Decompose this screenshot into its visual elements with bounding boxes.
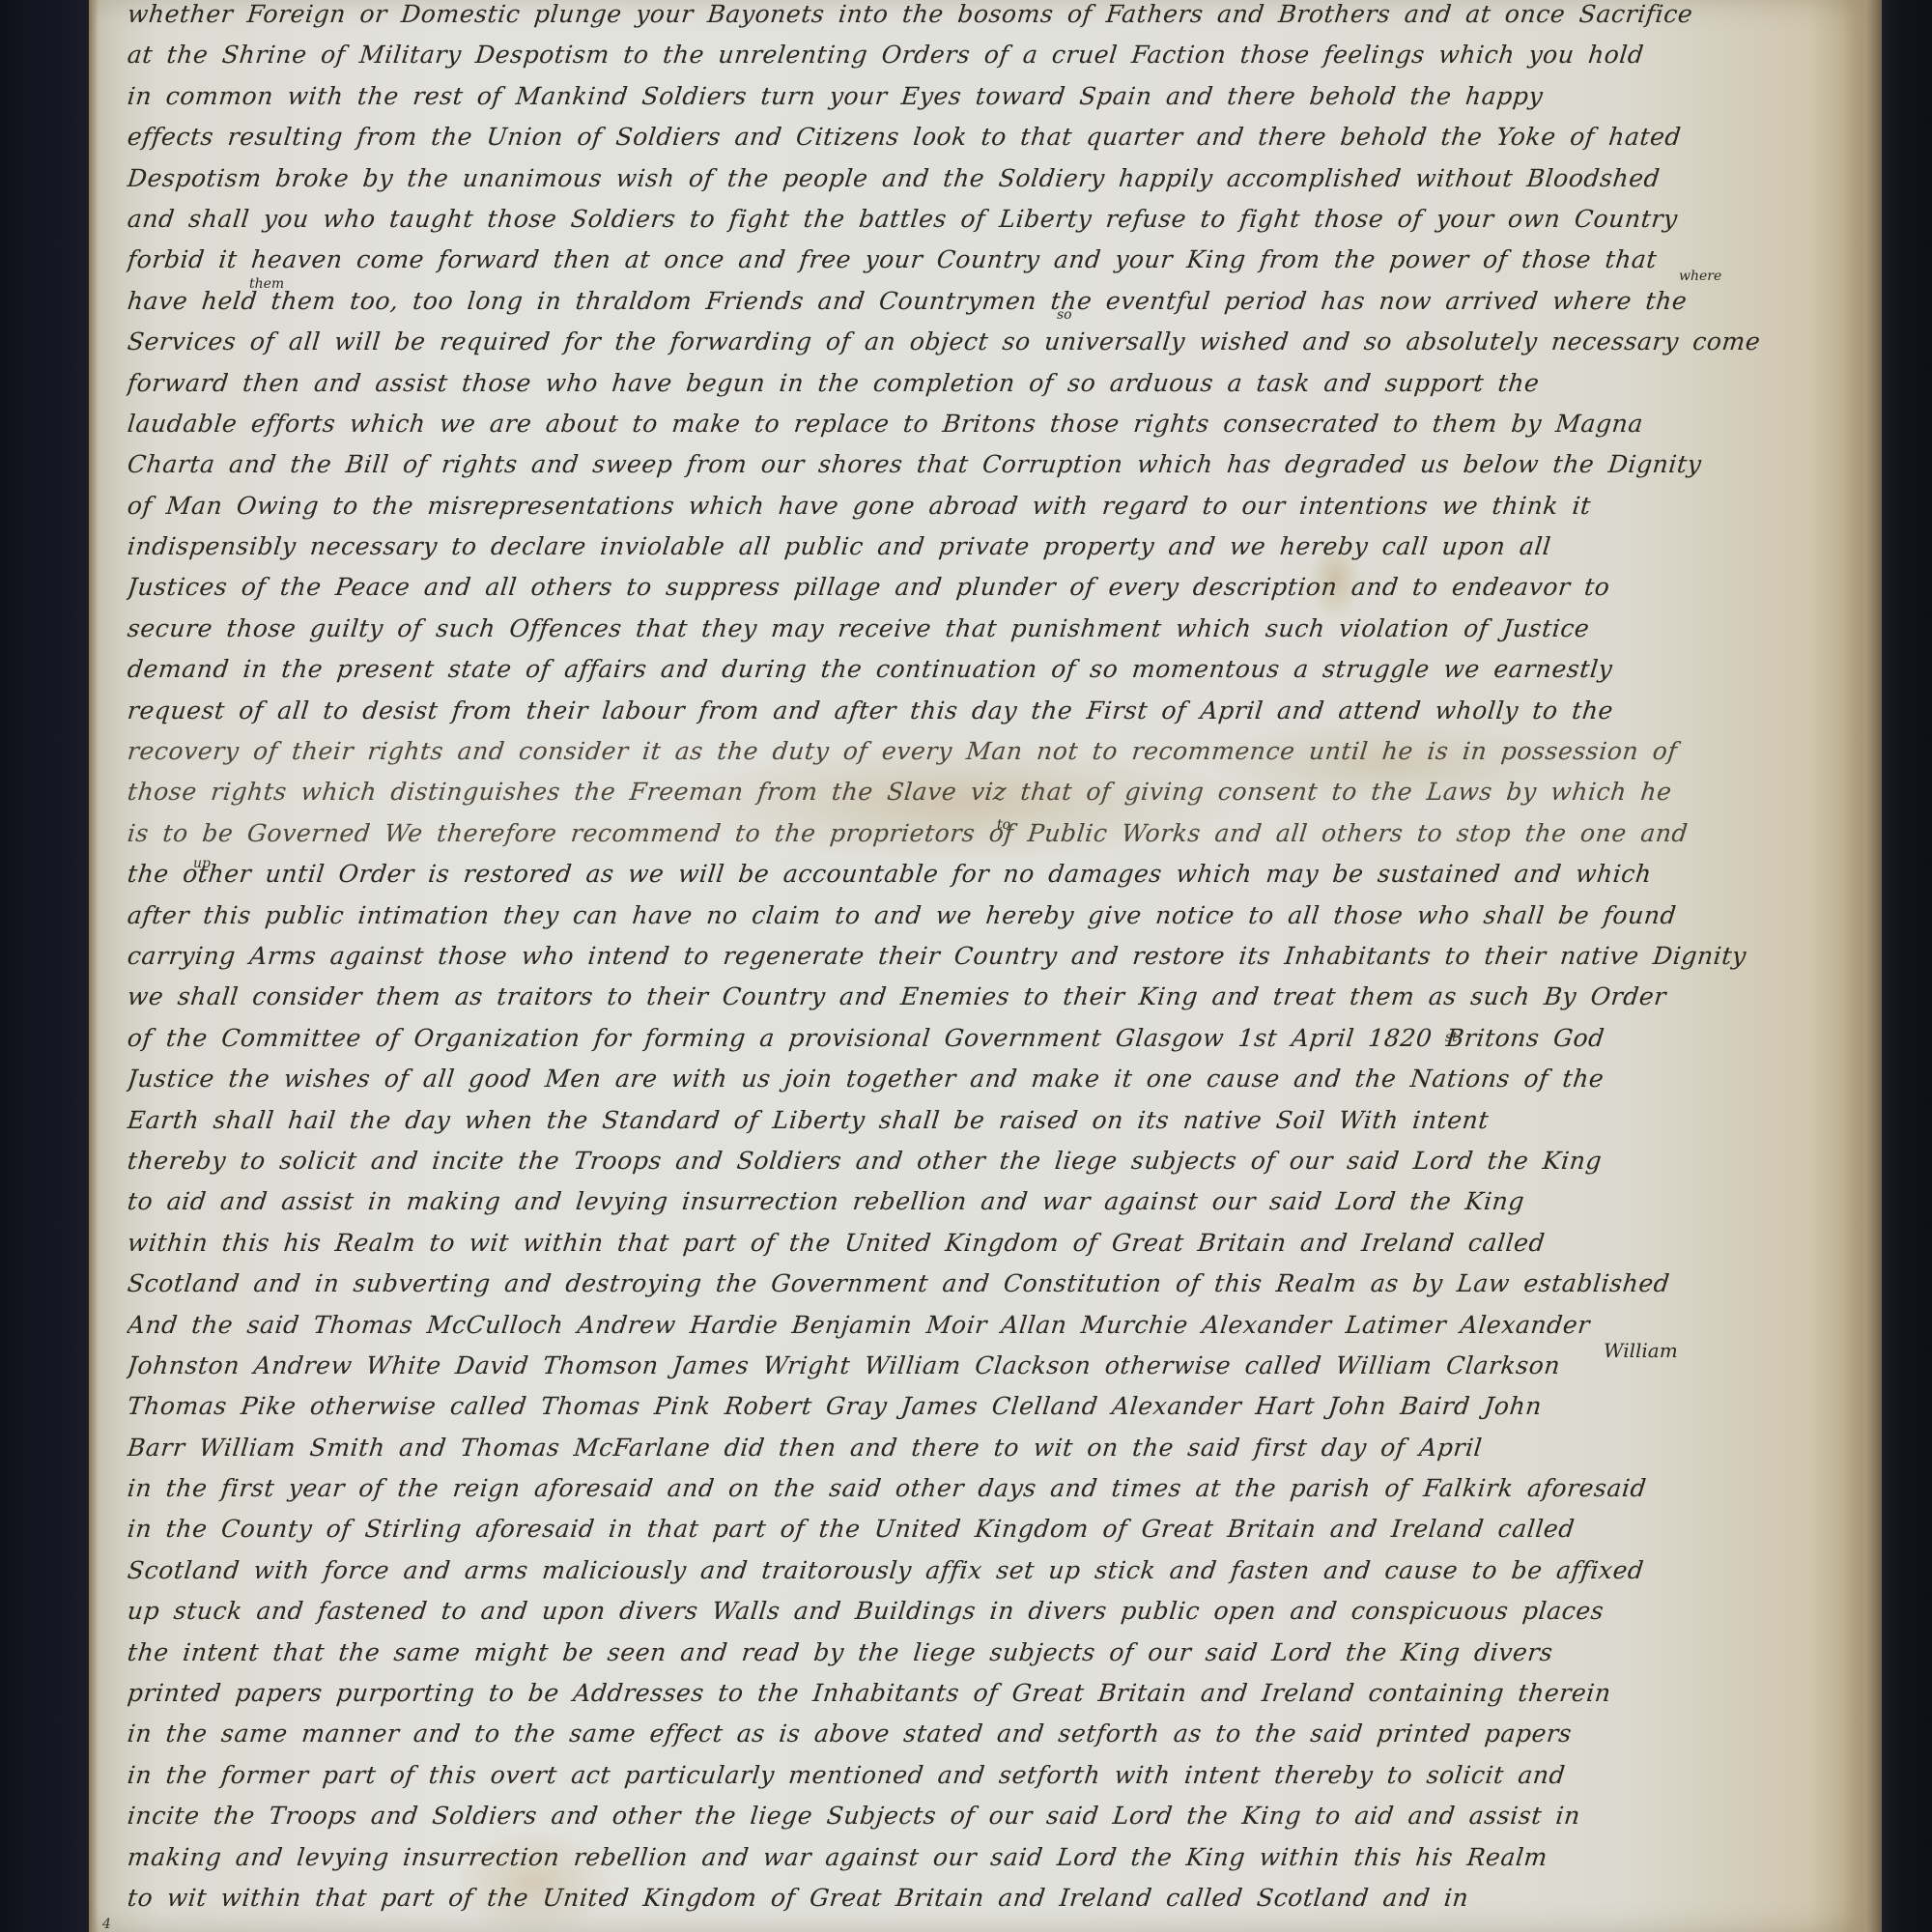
- interlinear-insertion: where: [1679, 269, 1721, 284]
- text-line: Despotism broke by the unanimous wish of…: [126, 158, 1762, 199]
- text-line: Justices of the Peace and all others to …: [126, 567, 1762, 608]
- text-line: Charta and the Bill of rights and sweep …: [126, 444, 1762, 485]
- text-line: demand in the present state of affairs a…: [126, 649, 1762, 690]
- text-line: in the former part of this overt act par…: [126, 1755, 1762, 1796]
- text-line: laudable efforts which we are about to m…: [126, 404, 1762, 444]
- text-line: have held them too, too long in thraldom…: [126, 281, 1762, 322]
- text-line: indispensibly necessary to declare invio…: [126, 526, 1762, 567]
- text-line: in common with the rest of Mankind Soldi…: [126, 76, 1762, 117]
- text-line: request of all to desist from their labo…: [126, 691, 1762, 731]
- text-line: secure those guilty of such Offences tha…: [126, 609, 1762, 649]
- text-line: the intent that the same might be seen a…: [126, 1633, 1762, 1673]
- text-line: printed papers purporting to be Addresse…: [126, 1673, 1762, 1714]
- mount-left: [0, 0, 89, 1932]
- text-line: we shall consider them as traitors to th…: [126, 977, 1762, 1017]
- text-line: thereby to solicit and incite the Troops…: [126, 1141, 1762, 1181]
- text-line: carrying Arms against those who intend t…: [126, 936, 1762, 977]
- text-line: Thomas Pike otherwise called Thomas Pink…: [126, 1386, 1762, 1427]
- margin-note: up: [193, 856, 211, 871]
- text-line: making and levying insurrection rebellio…: [126, 1837, 1762, 1878]
- page-edge-right: [1843, 0, 1882, 1932]
- text-line: within this his Realm to wit within that…: [126, 1223, 1762, 1264]
- text-line: Scotland with force and arms maliciously…: [126, 1550, 1762, 1591]
- text-line: Earth shall hail the day when the Standa…: [126, 1100, 1762, 1141]
- text-line: of Man Owing to the misrepresentations w…: [126, 486, 1762, 526]
- text-line: Justice the wishes of all good Men are w…: [126, 1059, 1762, 1099]
- text-line: effects resulting from the Union of Sold…: [126, 117, 1762, 157]
- text-line: of the Committee of Organization for for…: [126, 1018, 1762, 1059]
- text-line: incite the Troops and Soldiers and other…: [126, 1796, 1762, 1836]
- frame-background: whether Foreign or Domestic plunge your …: [0, 0, 1932, 1932]
- text-line: in the first year of the reign aforesaid…: [126, 1468, 1762, 1509]
- interlinear-insertion-william: William: [1604, 1339, 1678, 1362]
- text-line: in the County of Stirling aforesaid in t…: [126, 1509, 1762, 1549]
- text-line: those rights which distinguishes the Fre…: [126, 772, 1762, 812]
- text-line: is to be Governed We therefore recommend…: [126, 813, 1762, 854]
- interlinear-insertion: so: [1057, 307, 1072, 323]
- text-line: Johnston Andrew White David Thomson Jame…: [126, 1346, 1762, 1386]
- text-line: And the said Thomas McCulloch Andrew Har…: [126, 1305, 1762, 1346]
- interlinear-insertion: st: [1445, 1030, 1458, 1045]
- text-line: after this public intimation they can ha…: [126, 895, 1762, 936]
- interlinear-insertion: them: [249, 276, 284, 292]
- text-line: forbid it heaven come forward then at on…: [126, 240, 1762, 280]
- text-line: to aid and assist in making and levying …: [126, 1181, 1762, 1222]
- mount-right: [1882, 0, 1932, 1932]
- text-line: whether Foreign or Domestic plunge your …: [126, 0, 1762, 35]
- text-line: Scotland and in subverting and destroyin…: [126, 1264, 1762, 1304]
- text-line: and shall you who taught those Soldiers …: [126, 199, 1762, 240]
- text-line: in the same manner and to the same effec…: [126, 1714, 1762, 1754]
- text-line: Barr William Smith and Thomas McFarlane …: [126, 1428, 1762, 1468]
- text-line: forward then and assist those who have b…: [126, 363, 1762, 404]
- interlinear-insertion: to: [997, 817, 1010, 833]
- text-line: to wit within that part of the United Ki…: [126, 1878, 1762, 1918]
- text-line: recovery of their rights and consider it…: [126, 731, 1762, 772]
- text-line: at the Shrine of Military Despotism to t…: [126, 35, 1762, 75]
- margin-note: 4: [102, 1917, 111, 1932]
- text-line: the other until Order is restored as we …: [126, 854, 1762, 895]
- text-line: Services of all will be required for the…: [126, 322, 1762, 362]
- page-edge-left: [89, 0, 99, 1932]
- text-line: up stuck and fastened to and upon divers…: [126, 1591, 1762, 1632]
- manuscript-text: whether Foreign or Domestic plunge your …: [128, 0, 1760, 1918]
